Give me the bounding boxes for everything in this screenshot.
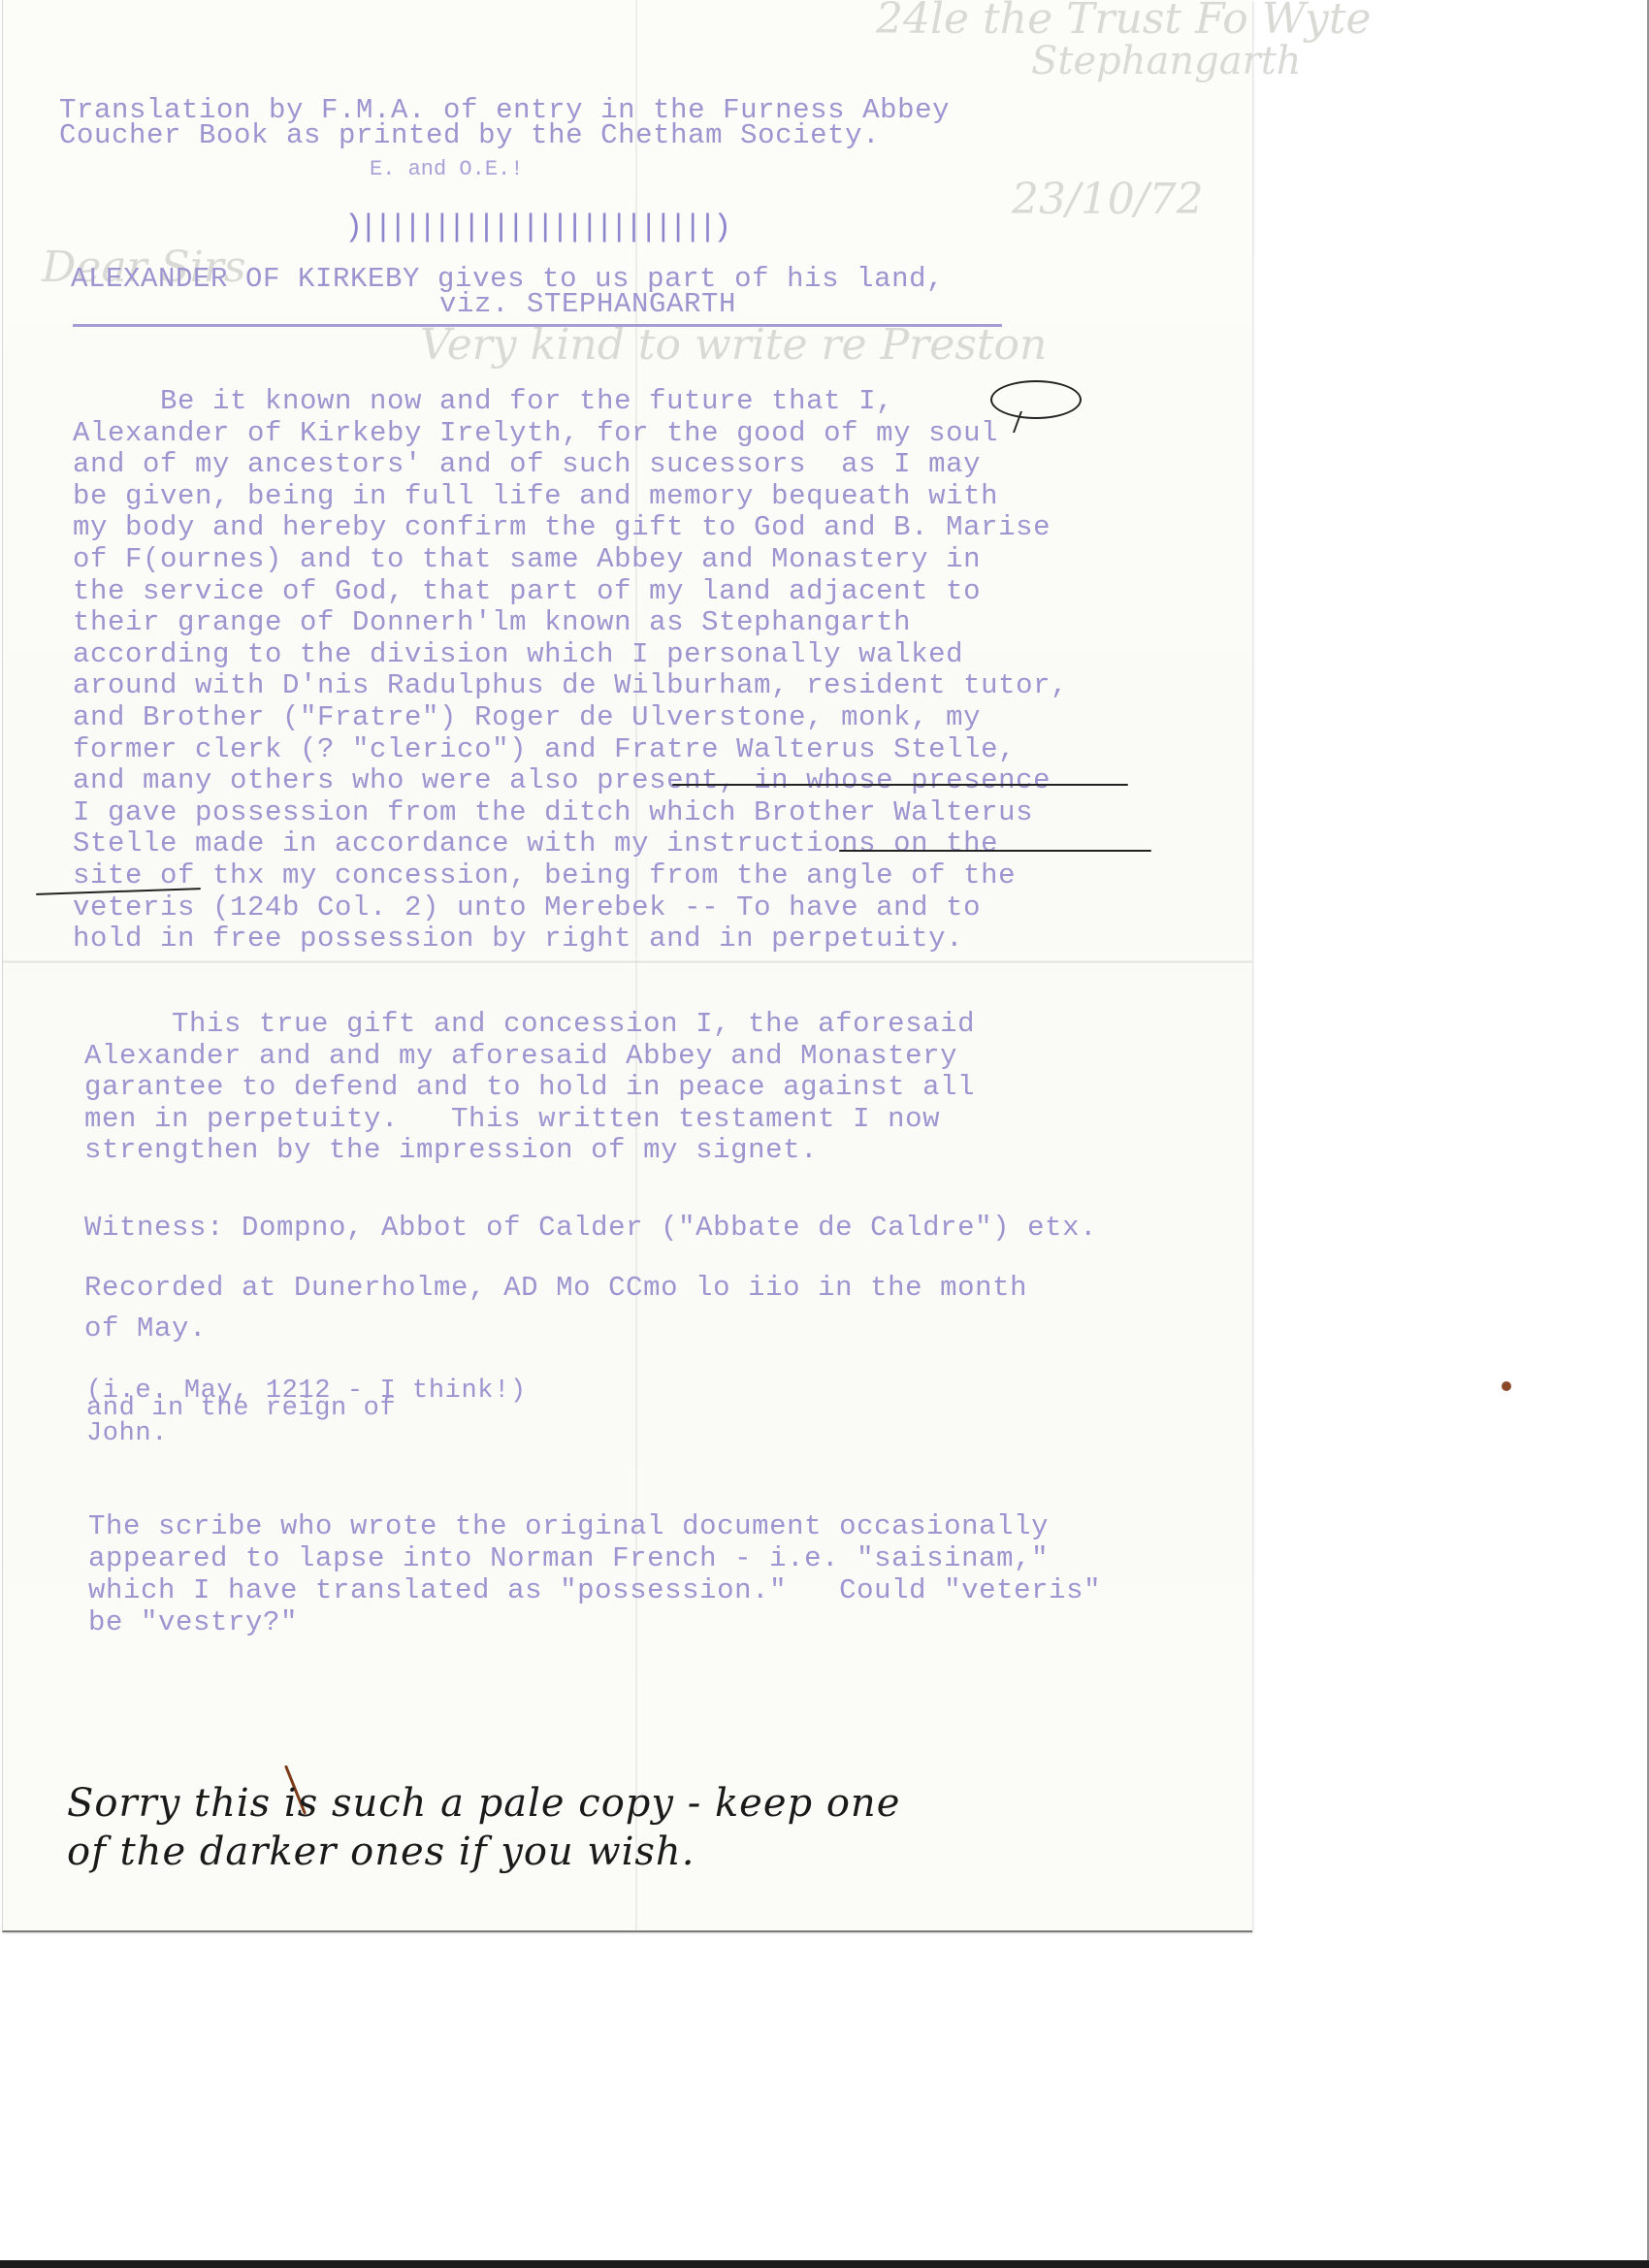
typed-letter-page: 24le the Trust Fo Wyte Stephangarth 23/1… xyxy=(2,0,1252,1932)
typed-line: their grange of Donnerh'lm known as Step… xyxy=(73,607,911,639)
scanner-bottom-edge xyxy=(0,2260,1649,2268)
horizontal-fold-crease xyxy=(3,960,1252,963)
typed-separator: )||||||||||||||||||||||||) xyxy=(344,210,727,245)
header-disclaimer: E. and O.E.! xyxy=(370,157,523,181)
recorded-line: Recorded at Dunerholme, AD Mo CCmo lo ii… xyxy=(84,1273,1027,1305)
rust-spot xyxy=(1502,1381,1511,1391)
typed-line: former clerk (? "clerico") and Fratre Wa… xyxy=(73,734,1016,766)
typed-line: men in perpetuity. This written testamen… xyxy=(84,1104,940,1136)
typed-line: which I have translated as "possession."… xyxy=(88,1575,1101,1607)
typed-line: garantee to defend and to hold in peace … xyxy=(84,1072,975,1104)
typed-line: and of my ancestors' and of such sucesso… xyxy=(73,449,981,481)
typed-line: veteris (124b Col. 2) unto Merebek -- To… xyxy=(73,892,981,924)
bleed-through-text: Stephangarth xyxy=(1031,39,1302,83)
typed-line: my body and hereby confirm the gift to G… xyxy=(73,512,1051,544)
typed-line: be given, being in full life and memory … xyxy=(73,481,998,513)
typed-line: be "vestry?" xyxy=(88,1607,298,1639)
typed-line: hold in free possession by right and in … xyxy=(73,923,963,956)
pen-underline xyxy=(672,784,1128,786)
typed-line: Alexander of Kirkeby Irelyth, for the go… xyxy=(73,418,998,450)
date-note: John. xyxy=(86,1418,168,1450)
typed-line: and Brother ("Fratre") Roger de Ulversto… xyxy=(73,702,981,734)
typed-line: and many others who were also present, i… xyxy=(73,765,1051,797)
typed-line: of F(ournes) and to that same Abbey and … xyxy=(73,544,981,576)
pen-underline xyxy=(839,850,1151,852)
typed-line: the service of God, that part of my land… xyxy=(73,576,981,608)
typed-line: I gave possession from the ditch which B… xyxy=(73,797,1033,829)
witness-line: Witness: Dompno, Abbot of Calder ("Abbat… xyxy=(84,1213,1097,1245)
bleed-through-text: 24le the Trust Fo Wyte xyxy=(876,0,1372,44)
heading-rule xyxy=(73,324,1002,327)
typed-line: Alexander and and my aforesaid Abbey and… xyxy=(84,1041,957,1073)
recorded-line: of May. xyxy=(84,1313,207,1345)
typed-line: around with D'nis Radulphus de Wilburham… xyxy=(73,670,1068,702)
typed-line: This true gift and concession I, the afo… xyxy=(84,1009,975,1041)
header-line: Coucher Book as printed by the Chetham S… xyxy=(59,120,880,152)
typed-line: site of thx my concession, being from th… xyxy=(73,860,1016,892)
bleed-through-text: Very kind to write re Preston xyxy=(420,320,1047,370)
handwritten-note: of the darker ones if you wish. xyxy=(67,1830,695,1874)
typed-line: Stelle made in accordance with my instru… xyxy=(73,828,998,860)
handwritten-note: Sorry this is such a pale copy - keep on… xyxy=(67,1781,900,1826)
bleed-through-text: 23/10/72 xyxy=(1012,175,1204,224)
typed-line: Be it known now and for the future that … xyxy=(73,386,893,418)
typed-line: The scribe who wrote the original docume… xyxy=(88,1511,1049,1543)
typed-line: strengthen by the impression of my signe… xyxy=(84,1135,818,1167)
document-heading-sub: viz. STEPHANGARTH xyxy=(439,289,736,321)
typed-line: appeared to lapse into Norman French - i… xyxy=(88,1543,1049,1575)
typed-line: according to the division which I person… xyxy=(73,639,963,671)
